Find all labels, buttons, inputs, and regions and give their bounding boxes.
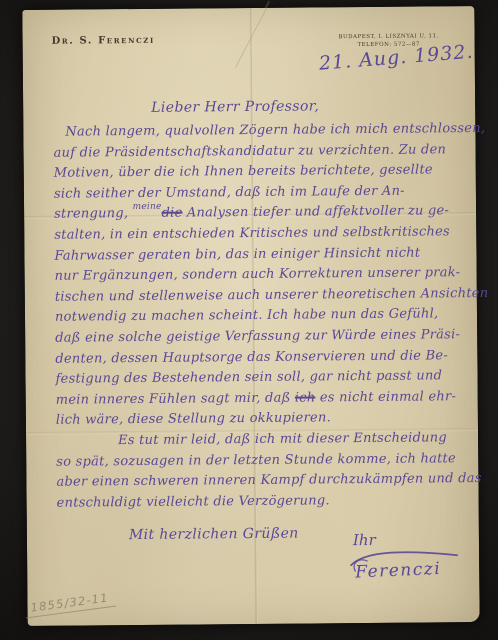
- handwriting-text: denten, dessen Hauptsorge das Konservier…: [55, 348, 448, 366]
- handwriting-text: sich seither der Umstand, daß ich im Lau…: [54, 183, 405, 201]
- signature-block: Ferenczi: [345, 546, 465, 593]
- letter-page: Dr. S. Ferenczi Budapest, I. Lisznyai u.…: [22, 6, 479, 626]
- handwriting-text: festigung des Bestehenden sein soll, gar…: [55, 368, 442, 386]
- handwriting-text: Analysen tiefer und affektvoller zu ge-: [182, 204, 449, 221]
- letterhead-name: Dr. S. Ferenczi: [52, 35, 155, 47]
- handwriting-text: mein inneres Fühlen sagt mir, daß: [56, 390, 295, 407]
- archive-catalog-number: 1855/32-11: [24, 590, 116, 619]
- letterhead-address: Budapest, I. Lisznyai u. 11.: [323, 33, 455, 42]
- handwriting-text: Motiven, über die ich Ihnen bereits beri…: [54, 163, 433, 181]
- handwritten-line: entschuldigt vielleicht die Verzögerung.: [57, 492, 469, 516]
- handwriting-text: es nicht einmal ehr-: [315, 389, 456, 405]
- handwriting-text: lich wäre, diese Stellung zu okkupieren.: [56, 411, 331, 428]
- handwriting-text: entschuldigt vielleicht die Verzögerung.: [57, 493, 330, 510]
- letter-body: Nach langem, qualvollen Zögern habe ich …: [53, 121, 468, 516]
- salutation: Lieber Herr Professor,: [151, 98, 319, 115]
- struck-word: ich: [295, 390, 316, 405]
- handwriting-text: strengung,: [54, 206, 133, 222]
- handwriting-text: so spät, sozusagen in der letzten Stunde…: [56, 451, 456, 469]
- signature-name: Ferenczi: [355, 559, 442, 583]
- handwriting-text: daß eine solche geistige Verfassung zur …: [55, 327, 460, 346]
- handwriting-text: stalten, in ein entschieden Kritisches u…: [54, 224, 450, 242]
- handwriting-text: Fahrwasser geraten bin, das in einiger H…: [54, 245, 420, 263]
- handwriting-text: nur Ergänzungen, sondern auch Korrekture…: [55, 265, 461, 284]
- handwriting-text: tischen und stellenweise auch unserer th…: [55, 286, 489, 305]
- closing-line: Mit herzlichen Grüßen: [129, 526, 299, 543]
- struck-word: die: [162, 206, 183, 221]
- inserted-word: meine: [133, 202, 162, 212]
- handwriting-text: aber einen schweren inneren Kampf durchz…: [56, 471, 481, 490]
- corner-crease: [234, 1, 270, 68]
- handwriting-text: notwendig zu machen scheint. Ich habe nu…: [55, 307, 438, 325]
- handwriting-text: Nach langem, qualvollen Zögern habe ich …: [65, 121, 485, 140]
- handwriting-text: Es tut mir leid, daß ich mit dieser Ents…: [118, 430, 447, 448]
- handwriting-text: auf die Präsidentschaftskandidatur zu ve…: [54, 142, 447, 160]
